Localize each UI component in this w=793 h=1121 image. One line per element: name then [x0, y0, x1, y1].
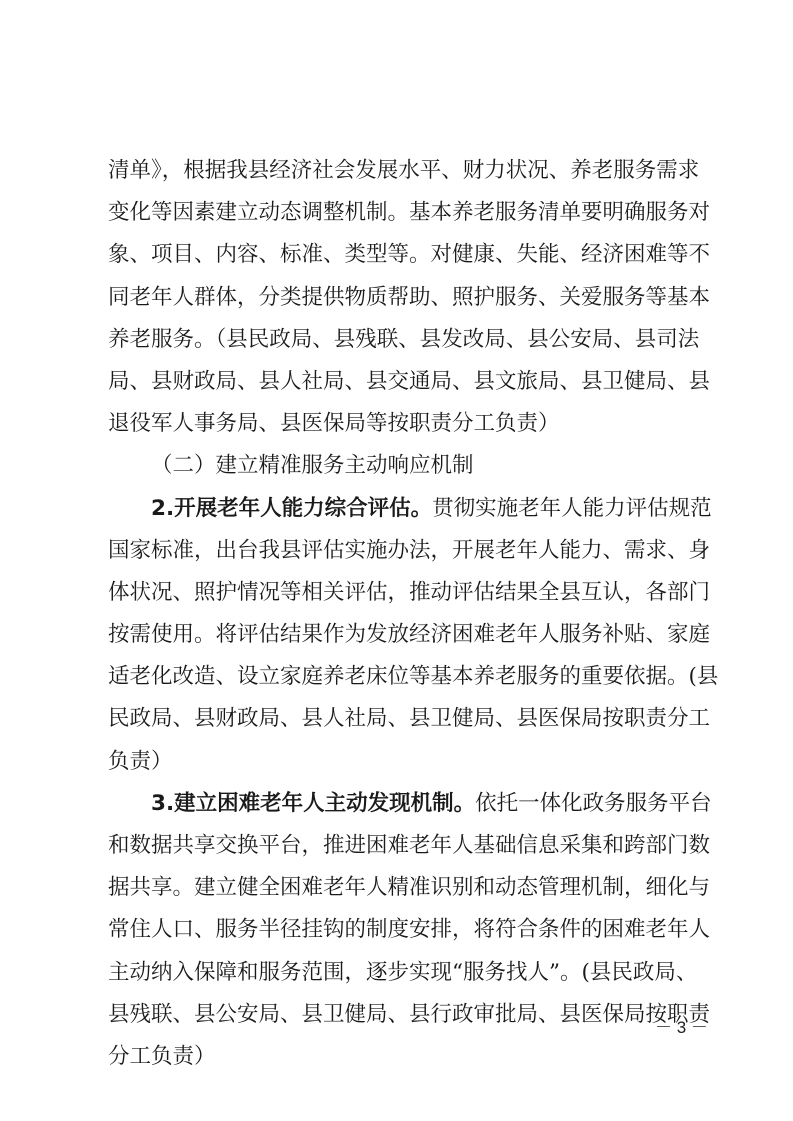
- document-page: 清单》，根据我县经济社会发展水平、财力状况、养老服务需求 变化等因素建立动态调整…: [108, 150, 686, 1078]
- text-line: 按需使用。将评估结果作为发放经济困难老年人服务补贴、家庭: [108, 614, 686, 656]
- text-line: 体状况、照护情况等相关评估，推动评估结果全县互认，各部门: [108, 572, 686, 614]
- page-number: － 3 －: [655, 1013, 708, 1038]
- item-3-title: 3.建立困难老年人主动发现机制。: [151, 791, 475, 816]
- text-line: 变化等因素建立动态调整机制。基本养老服务清单要明确服务对: [108, 192, 686, 234]
- text-line: 国家标准，出台我县评估实施办法，开展老年人能力、需求、身: [108, 530, 686, 572]
- text-line: 3.建立困难老年人主动发现机制。依托一体化政务服务平台: [108, 783, 686, 825]
- item-2-paragraph: 2.开展老年人能力综合评估。贯彻实施老年人能力评估规范 国家标准，出台我县评估实…: [108, 488, 686, 783]
- text-line: 养老服务。（县民政局、县残联、县发改局、县公安局、县司法: [108, 319, 686, 361]
- section-heading: （二）建立精准服务主动响应机制: [108, 445, 686, 487]
- paragraph-continued: 清单》，根据我县经济社会发展水平、财力状况、养老服务需求 变化等因素建立动态调整…: [108, 150, 686, 445]
- text-line: 局、县财政局、县人社局、县交通局、县文旅局、县卫健局、县: [108, 361, 686, 403]
- text-line: 2.开展老年人能力综合评估。贯彻实施老年人能力评估规范: [108, 488, 686, 530]
- text-line: 和数据共享交换平台，推进困难老年人基础信息采集和跨部门数: [108, 825, 686, 867]
- text-line: 分工负责）: [108, 1036, 686, 1078]
- text-line: 民政局、县财政局、县人社局、县卫健局、县医保局按职责分工: [108, 698, 686, 740]
- text-line: 县残联、县公安局、县卫健局、县行政审批局、县医保局按职责: [108, 994, 686, 1036]
- item-3-first-line: 依托一体化政务服务平台: [475, 791, 712, 816]
- text-line: 据共享。建立健全困难老年人精准识别和动态管理机制，细化与: [108, 867, 686, 909]
- text-line: 负责）: [108, 741, 686, 783]
- text-line: 常住人口、服务半径挂钩的制度安排，将符合条件的困难老年人: [108, 909, 686, 951]
- item-3-paragraph: 3.建立困难老年人主动发现机制。依托一体化政务服务平台 和数据共享交换平台，推进…: [108, 783, 686, 1078]
- text-line: 同老年人群体，分类提供物质帮助、照护服务、关爱服务等基本: [108, 277, 686, 319]
- text-line: 清单》，根据我县经济社会发展水平、财力状况、养老服务需求: [108, 150, 686, 192]
- item-2-title: 2.开展老年人能力综合评估。: [151, 496, 432, 521]
- text-line: 象、项目、内容、标准、类型等。对健康、失能、经济困难等不: [108, 234, 686, 276]
- text-line: 退役军人事务局、县医保局等按职责分工负责）: [108, 403, 686, 445]
- item-2-first-line: 贯彻实施老年人能力评估规范: [432, 496, 712, 521]
- text-line: 主动纳入保障和服务范围，逐步实现“服务找人”。(县民政局、: [108, 952, 686, 994]
- text-line: 适老化改造、设立家庭养老床位等基本养老服务的重要依据。(县: [108, 656, 686, 698]
